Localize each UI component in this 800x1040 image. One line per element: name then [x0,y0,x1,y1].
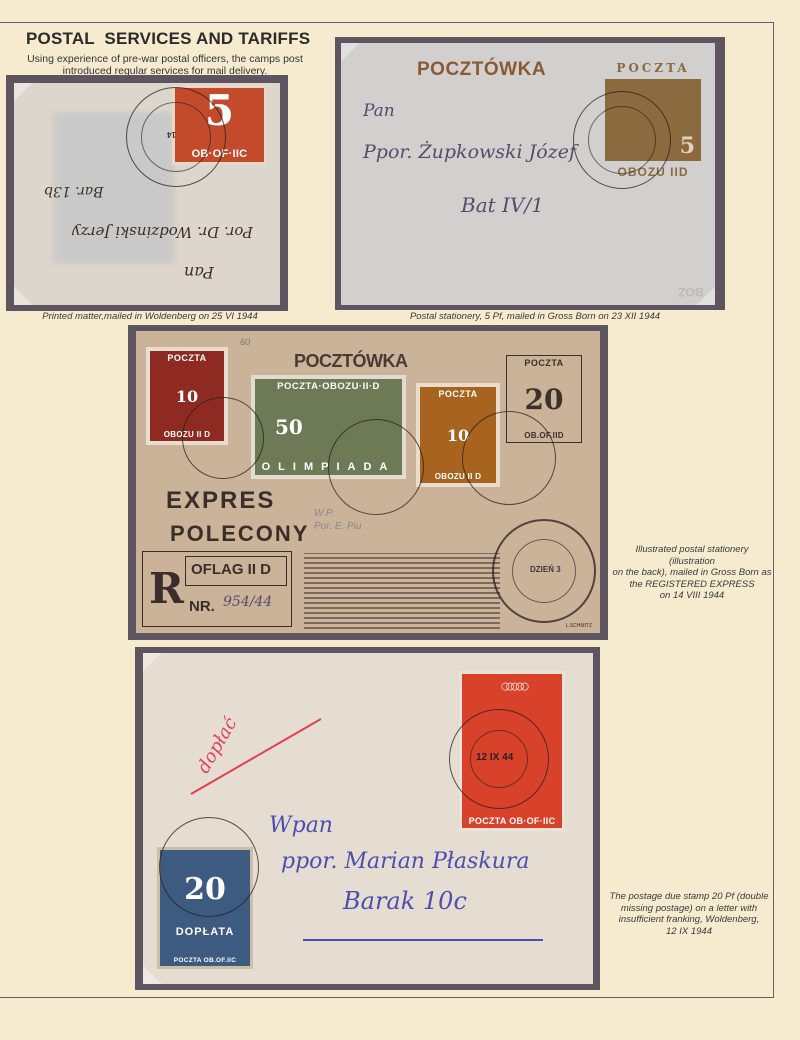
gross-born-postmark [573,91,671,189]
stamp-value: 5 [680,133,695,159]
intro-text: Using experience of pre-war postal offic… [20,53,310,77]
caption-line: the REGISTERED EXPRESS [612,579,772,591]
postmark-3 [462,411,556,505]
page-title: POSTAL SERVICES AND TARIFFS [26,29,310,49]
pencil-address: W.P. Por. E. Piu [314,507,361,533]
address-line: Bat IV/1 [461,193,544,217]
caption-registered-express: Illustrated postal stationery (illustrat… [612,544,772,602]
registration-label: R OFLAG II D NR. 954/44 [142,551,292,627]
pencil-line: Por. E. Piu [314,520,361,533]
caption-line: 12 IX 1944 [606,926,772,938]
woldenberg-postmark: 14 [126,87,226,187]
address-line: Pan [184,263,214,282]
postmark-center-text: DZIEŃ 3 [530,565,561,574]
postmark-date: 12 IX 44 [476,752,513,763]
caption-line: on 14 VIII 1944 [612,590,772,602]
stamp-top-text: POCZTA [438,387,477,399]
stamp-value: 10 [176,387,198,406]
polecony-label: POLECONY [170,521,309,547]
address-line: Pan [363,101,395,121]
caption-line: missing postage) on a letter with [606,903,772,915]
caption-postal-stationery: Postal stationery, 5 Pf, mailed in Gross… [340,311,730,323]
registration-number: 954/44 [223,594,272,610]
stamp-top-text: POCZTA [616,59,689,75]
postal-stationery-card[interactable]: POCZTÓWKA POCZTA 5 OBOZU IID Pan Ppor. Ż… [341,43,715,305]
printed-matter-cover[interactable]: 5 OB·OF·IIC 14 Bar. 13b Por. Dr. Wodzins… [14,83,280,305]
postmark-2 [328,419,424,515]
address-underline [303,939,543,941]
stamp-top-text: POCZTA [167,351,206,363]
caption-postage-due: The postage due stamp 20 Pf (double miss… [606,891,772,937]
stamp-due-label: DOPŁATA [176,926,235,938]
stamp-bottom-text: POCZTA OB·OF·IIC [469,816,556,828]
registration-number-label: NR. [189,598,215,615]
stamp-top-text: POCZTA·OBOZU·II·D [277,379,380,392]
exhibit-2-mount: POCZTÓWKA POCZTA 5 OBOZU IID Pan Ppor. Ż… [335,37,725,310]
registration-office: OFLAG II D [191,561,271,578]
olympic-slogan-cancel [304,553,500,629]
filatelistyczna-postmark: DZIEŃ 3 [492,519,596,623]
caption-line: on the back), mailed in Gross Born as [612,567,772,579]
stamp-bottom-text: POCZTA OB.OF.IIC [174,957,237,966]
artist-signature: L.SCHMITZ [566,623,592,629]
caption-line: The postage due stamp 20 Pf (double [606,891,772,903]
exhibit-1-mount: 5 OB·OF·IIC 14 Bar. 13b Por. Dr. Wodzins… [6,75,288,311]
frame-line-right [773,22,774,998]
address-line: ppor. Marian Płaskura [281,849,529,874]
registration-letter: R [149,564,184,613]
poczt-heading: POCZTÓWKA [417,59,546,81]
intro-line-1: Using experience of pre-war postal offic… [20,53,310,65]
registered-express-card[interactable]: 60 POCZTÓWKA POCZTA 10 OBOZU II D POCZTA… [136,331,600,633]
caption-printed-matter: Printed matter,mailed in Woldenberg on 2… [10,311,290,323]
frame-line-top [0,22,773,23]
address-line: Wpan [269,813,333,838]
pocztowka-heading: POCZTÓWKA [294,351,407,372]
express-label: EXPRES [166,487,275,515]
frame-line-bottom [0,997,774,998]
caption-line: insufficient franking, Woldenberg, [606,914,772,926]
postmark-1 [182,397,264,479]
pencil-note: 60 [240,337,250,347]
woldenberg-postmark-2 [159,817,259,917]
woldenberg-postmark: 12 IX 44 [449,709,549,809]
address-line: Barak 10c [343,887,467,915]
postage-due-letter[interactable]: dopłać ○○○○○ POCZTA OB·OF·IIC 12 IX 44 2… [143,653,593,984]
postmark-date: 14 [167,130,176,139]
exhibit-3-mount: 60 POCZTÓWKA POCZTA 10 OBOZU II D POCZTA… [128,325,608,640]
pencil-line: W.P. [314,507,361,520]
stamp-value: 20 [525,383,564,416]
corner-print-text: BOZ [678,285,703,299]
caption-line: Illustrated postal stationery (illustrat… [612,544,772,567]
address-line: Bar. 13b [44,183,103,199]
olympic-rings-icon: ○○○○○ [500,674,524,697]
address-line: Ppor. Żupkowski Józef [363,141,576,163]
address-line: Por. Dr. Wodzinski Jerzy [72,223,253,241]
exhibit-4-mount: dopłać ○○○○○ POCZTA OB·OF·IIC 12 IX 44 2… [135,647,600,990]
stamp-top-text: POCZTA [524,356,563,368]
